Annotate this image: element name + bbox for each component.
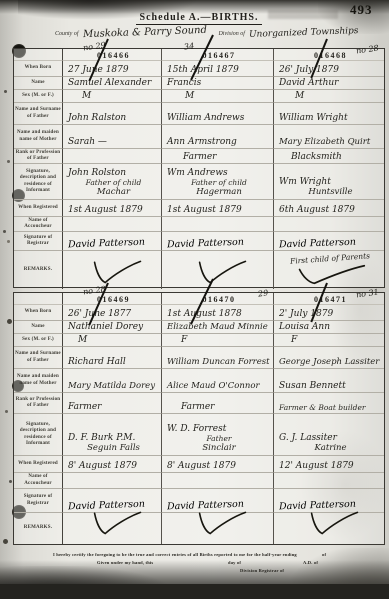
row-label-text: Name and maiden name of Mother xyxy=(15,130,61,143)
grid-cell: 26' July 1879 xyxy=(274,61,384,77)
grid-cell: 1st August 1878 xyxy=(162,305,274,321)
grid-cell xyxy=(14,49,63,61)
certification-line2c: A.D. of xyxy=(303,560,318,565)
grid-cell: D. F. Burk P.M.Seguin Falls xyxy=(63,414,162,456)
sex-value: M xyxy=(279,91,304,101)
row-label-text: REMARKS. xyxy=(15,525,61,532)
registration-number: 016470 xyxy=(203,295,236,304)
mother-name-value: Mary Elizabeth Quirt xyxy=(279,137,370,147)
row-label-text: Signature of Registrar xyxy=(15,494,61,507)
county-label: County of xyxy=(55,31,79,37)
row-label-text: Rank or Profession of Father xyxy=(15,150,61,163)
sex-value: M xyxy=(68,335,87,345)
informant-residence: Sinclair xyxy=(167,443,271,453)
row-label-text: Signature, description and residence of … xyxy=(15,169,61,195)
row-label-registrar: Signature of Registrar xyxy=(14,232,63,251)
row-label-text: Sex (M. or F.) xyxy=(15,337,61,344)
remark-checkmark-icon xyxy=(294,263,368,287)
grid-cell: no 28016468 xyxy=(274,49,384,61)
when-registered-value: 8' August 1879 xyxy=(167,461,236,471)
row-label-mother: Name and maiden name of Mother xyxy=(14,125,63,149)
grid-cell: Louisa Ann xyxy=(274,321,384,334)
scan-smudge-bottom xyxy=(0,584,389,599)
register-page-scan: 493 Schedule A.—BIRTHS. County of Muskok… xyxy=(0,0,389,599)
mother-name-value: Ann Armstrong xyxy=(167,137,237,147)
grid-cell: Ann Armstrong xyxy=(162,125,274,149)
row-label-sex: Sex (M. or F.) xyxy=(14,90,63,103)
register-block-1: no 29016466 34016467 no 28016468 When Bo… xyxy=(13,48,385,288)
informant-description: Father of child xyxy=(167,178,271,187)
informant-residence: Machar xyxy=(68,187,159,197)
grid-cell: Francis xyxy=(162,77,274,90)
grid-cell: 8' August 1879 xyxy=(162,456,274,473)
when-born-value: 2' July 1879 xyxy=(279,309,333,319)
certification-line2a: Given under my hand, this xyxy=(97,560,153,565)
grid-cell: 1st August 1879 xyxy=(63,200,162,217)
grid-cell: 15th April 1879 xyxy=(162,61,274,77)
informant-residence: Huntsville xyxy=(279,187,382,197)
sex-value: F xyxy=(279,335,297,345)
registrar-signature: David Patterson xyxy=(68,237,145,251)
grid-cell: Farmer & Boat builder xyxy=(274,393,384,414)
grid-cell: M xyxy=(63,90,162,103)
row-label-remarks: REMARKS. xyxy=(14,251,63,289)
grid-cell: Sarah — xyxy=(63,125,162,149)
county-division-line: County of Muskoka & Parry Sound Division… xyxy=(55,22,389,44)
mother-name-value: Mary Matilda Dorey xyxy=(68,381,155,391)
when-registered-value: 6th August 1879 xyxy=(279,205,355,215)
paper-speck xyxy=(4,90,7,93)
mother-name-value: Susan Bennett xyxy=(279,381,346,391)
row-label-text: Sex (M. or F.) xyxy=(15,93,61,100)
grid-cell: Elizabeth Maud Minnie xyxy=(162,321,274,334)
remark-checkmark-icon xyxy=(189,508,249,538)
child-name-value: Nathaniel Dorey xyxy=(68,322,143,332)
row-label-text: Name of Accoucheur xyxy=(15,474,61,487)
grid-cell: Farmer xyxy=(162,393,274,414)
row-label-text: Signature, description and residence of … xyxy=(15,422,61,448)
division-label: Division of xyxy=(218,31,245,37)
register-block-2: no 28016469 29016470 no 31016471 When Bo… xyxy=(13,292,385,545)
sex-value: F xyxy=(167,335,187,345)
grid-cell xyxy=(63,217,162,232)
row-label-informant: Signature, description and residence of … xyxy=(14,164,63,200)
child-name-value: Elizabeth Maud Minnie xyxy=(167,322,268,332)
row-label-accoucheur: Name of Accoucheur xyxy=(14,217,63,232)
division-value: Unorganized Townships xyxy=(249,26,359,40)
child-name-value: Louisa Ann xyxy=(279,322,330,332)
row-label-text: When Registered xyxy=(15,461,61,468)
child-name-value: David Arthur xyxy=(279,78,338,88)
entry-number-annotation: no 28 xyxy=(356,43,380,55)
row-label-text: Name xyxy=(15,80,61,87)
row-label-when-born: When Born xyxy=(14,61,63,77)
grid-cell: F xyxy=(274,334,384,347)
grid-cell: M xyxy=(63,334,162,347)
row-label-remarks: REMARKS. xyxy=(14,513,63,544)
sex-value: M xyxy=(68,91,91,101)
informant-signature: G. J. Lassiter xyxy=(279,433,382,443)
grid-cell: Wm WrightHuntsville xyxy=(274,164,384,200)
grid-cell: M xyxy=(162,90,274,103)
row-label-when-born: When Born xyxy=(14,305,63,321)
registrar-signature: David Patterson xyxy=(279,237,356,251)
row-label-informant: Signature, description and residence of … xyxy=(14,414,63,456)
row-label-text: Name and Surname of Father xyxy=(15,351,61,364)
grid-cell: William Andrews xyxy=(162,103,274,125)
grid-cell: John RolstonFather of childMachar xyxy=(63,164,162,200)
profession-value: Farmer & Boat builder xyxy=(279,403,365,412)
grid-cell: 8' August 1879 xyxy=(63,456,162,473)
grid-cell: David Arthur xyxy=(274,77,384,90)
grid-cell: 2' July 1879 xyxy=(274,305,384,321)
row-label-text: Name of Accoucheur xyxy=(15,218,61,231)
row-label-text: REMARKS. xyxy=(15,267,61,274)
profession-value: Farmer xyxy=(167,152,216,162)
grid-cell: Samuel Alexander xyxy=(63,77,162,90)
grid-cell: First child of Parents xyxy=(274,251,384,289)
grid-cell: David Patterson xyxy=(274,232,384,251)
row-label-text: Name and Surname of Father xyxy=(15,107,61,120)
grid-cell: Wm AndrewsFather of childHagerman xyxy=(162,164,274,200)
grid-cell: F xyxy=(162,334,274,347)
row-label-profession: Rank or Profession of Father xyxy=(14,393,63,414)
certification-line1: I hereby certify the foregoing to be the… xyxy=(53,552,297,557)
county-value: Muskoka & Parry Sound xyxy=(82,25,206,40)
when-born-value: 1st August 1878 xyxy=(167,309,242,319)
informant-residence: Katrine xyxy=(279,443,382,453)
row-label-mother: Name and maiden name of Mother xyxy=(14,369,63,393)
grid-cell xyxy=(162,251,274,289)
row-label-profession: Rank or Profession of Father xyxy=(14,149,63,164)
grid-cell: William Duncan Forrest xyxy=(162,347,274,369)
grid-cell: David Patterson xyxy=(63,232,162,251)
entry-number-annotation: 29 xyxy=(257,288,268,298)
grid-cell: 12' August 1879 xyxy=(274,456,384,473)
profession-value: Farmer xyxy=(68,402,101,412)
sex-value: M xyxy=(167,91,194,101)
registration-number: 016467 xyxy=(203,51,236,60)
when-born-value: 15th April 1879 xyxy=(167,65,239,75)
grid-cell: 29016470 xyxy=(162,293,274,305)
grid-cell xyxy=(63,251,162,289)
grid-cell: 26' June 1877 xyxy=(63,305,162,321)
informant-description: Father of child xyxy=(68,178,159,187)
row-label-sex: Sex (M. or F.) xyxy=(14,334,63,347)
informant-residence: Seguin Falls xyxy=(68,443,159,453)
grid-cell: Mary Elizabeth Quirt xyxy=(274,125,384,149)
informant-signature: Wm Andrews xyxy=(167,168,271,178)
grid-cell: Alice Maud O'Connor xyxy=(162,369,274,393)
row-label-text: When Registered xyxy=(15,205,61,212)
remark-checkmark-icon xyxy=(84,256,144,288)
remark-checkmark-icon xyxy=(301,508,361,538)
mother-name-value: Sarah — xyxy=(68,137,107,147)
grid-cell xyxy=(162,513,274,544)
row-label-name: Name xyxy=(14,321,63,334)
row-label-name: Name xyxy=(14,77,63,90)
row-label-father: Name and Surname of Father xyxy=(14,347,63,369)
grid-cell: William Wright xyxy=(274,103,384,125)
registrar-signature: David Patterson xyxy=(167,237,244,251)
grid-cell xyxy=(162,473,274,489)
row-label-father: Name and Surname of Father xyxy=(14,103,63,125)
grid-cell xyxy=(274,217,384,232)
grid-cell: Susan Bennett xyxy=(274,369,384,393)
grid-cell: 6th August 1879 xyxy=(274,200,384,217)
row-label-when-registered: When Registered xyxy=(14,200,63,217)
grid-cell: G. J. LassiterKatrine xyxy=(274,414,384,456)
child-name-value: Samuel Alexander xyxy=(68,78,151,88)
row-label-text: When Born xyxy=(15,65,61,72)
grid-cell: Blacksmith xyxy=(274,149,384,164)
grid-cell xyxy=(274,473,384,489)
row-label-text: Rank or Profession of Father xyxy=(15,397,61,410)
father-name-value: John Ralston xyxy=(68,113,126,123)
grid-cell: John Ralston xyxy=(63,103,162,125)
father-name-value: William Duncan Forrest xyxy=(167,357,270,367)
when-registered-value: 1st August 1879 xyxy=(68,205,143,215)
when-born-value: 27 June 1879 xyxy=(68,65,129,75)
grid-cell: Richard Hall xyxy=(63,347,162,369)
grid-cell: W. D. ForrestFatherSinclair xyxy=(162,414,274,456)
grid-cell: George Joseph Lassiter xyxy=(274,347,384,369)
certification-line3: Division Registrar of xyxy=(240,568,284,573)
when-born-value: 26' June 1877 xyxy=(68,309,131,319)
father-name-value: George Joseph Lassiter xyxy=(279,357,379,367)
row-label-text: Signature of Registrar xyxy=(15,235,61,248)
row-label-text: Name and maiden name of Mother xyxy=(15,374,61,387)
father-name-value: William Andrews xyxy=(167,113,244,123)
grid-cell xyxy=(63,149,162,164)
grid-cell: David Patterson xyxy=(162,232,274,251)
informant-signature: D. F. Burk P.M. xyxy=(68,433,159,443)
informant-description: Father xyxy=(167,434,271,443)
grid-cell xyxy=(14,293,63,305)
entry-number-annotation: no 31 xyxy=(356,287,380,299)
row-label-accoucheur: Name of Accoucheur xyxy=(14,473,63,489)
grid-cell xyxy=(63,473,162,489)
grid-cell: Farmer xyxy=(63,393,162,414)
grid-cell: no 29016466 xyxy=(63,49,162,61)
profession-value: Blacksmith xyxy=(279,152,342,162)
when-registered-value: 12' August 1879 xyxy=(279,461,354,471)
informant-signature: Wm Wright xyxy=(279,177,382,187)
certification-line1-end: of xyxy=(322,552,326,557)
mother-name-value: Alice Maud O'Connor xyxy=(167,381,260,391)
grid-cell: M xyxy=(274,90,384,103)
grid-cell: no 31016471 xyxy=(274,293,384,305)
father-name-value: Richard Hall xyxy=(68,357,126,367)
grid-cell: 34016467 xyxy=(162,49,274,61)
when-registered-value: 8' August 1879 xyxy=(68,461,137,471)
when-born-value: 26' July 1879 xyxy=(279,65,339,75)
grid-cell: Mary Matilda Dorey xyxy=(63,369,162,393)
row-label-when-registered: When Registered xyxy=(14,456,63,473)
grid-cell: Farmer xyxy=(162,149,274,164)
informant-signature: John Rolston xyxy=(68,168,159,178)
profession-value: Farmer xyxy=(167,402,214,412)
grid-cell: 27 June 1879 xyxy=(63,61,162,77)
informant-signature: W. D. Forrest xyxy=(167,424,271,434)
grid-cell: Nathaniel Dorey xyxy=(63,321,162,334)
grid-cell xyxy=(274,513,384,544)
certification-line2b: day of xyxy=(228,560,241,565)
when-registered-value: 1st August 1879 xyxy=(167,205,242,215)
grid-cell: no 28016469 xyxy=(63,293,162,305)
father-name-value: William Wright xyxy=(279,113,348,123)
grid-cell xyxy=(162,217,274,232)
row-label-text: When Born xyxy=(15,309,61,316)
child-name-value: Francis xyxy=(167,78,201,88)
grid-cell: 1st August 1879 xyxy=(162,200,274,217)
row-label-registrar: Signature of Registrar xyxy=(14,489,63,513)
informant-residence: Hagerman xyxy=(167,187,271,197)
row-label-text: Name xyxy=(15,324,61,331)
remark-checkmark-icon xyxy=(189,256,249,288)
remark-checkmark-icon xyxy=(84,508,144,538)
grid-cell xyxy=(63,513,162,544)
